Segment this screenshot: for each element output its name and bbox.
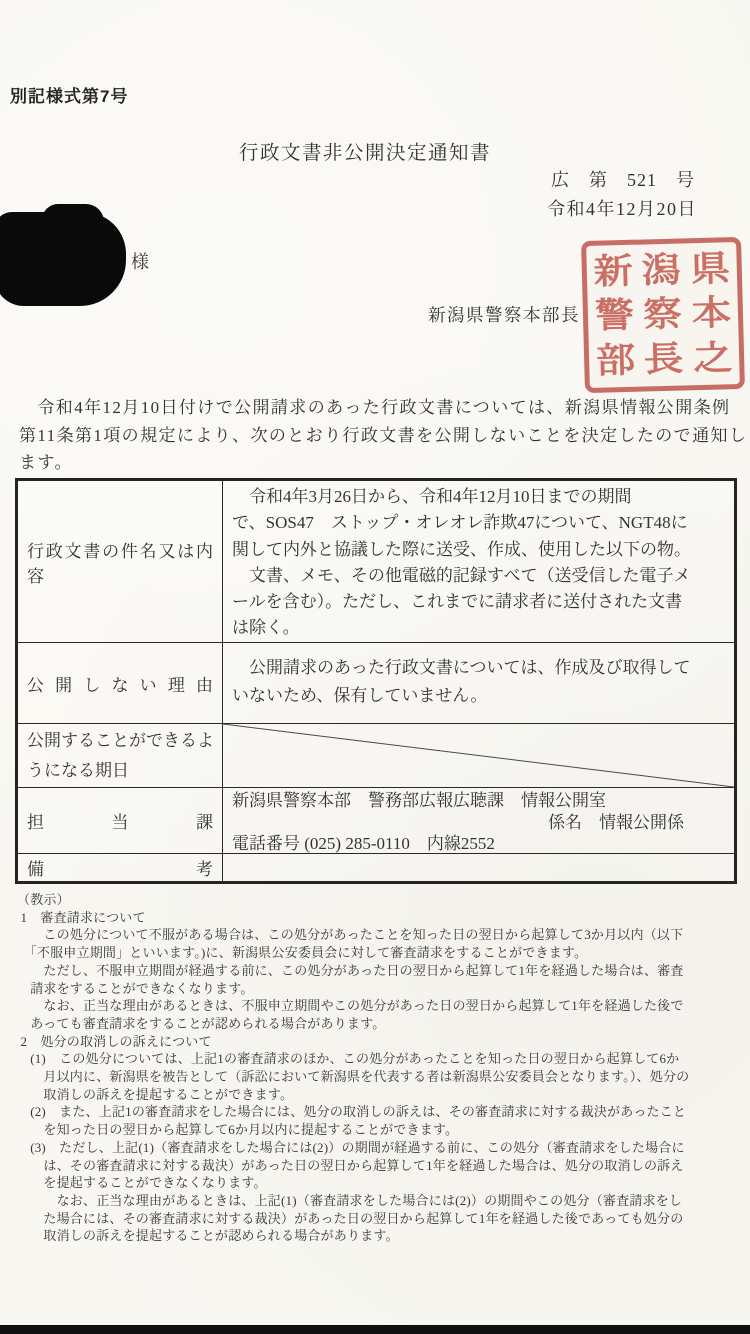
row-content-remarks: [223, 854, 734, 881]
section-name: 係名 情報公開係: [232, 812, 730, 834]
official-seal-stamp: 新 警 部 潟 察 長 県 本 之: [581, 237, 745, 393]
table-row-disclosure-date: 公開することができるよ うになる期日: [18, 723, 734, 787]
diagonal-strikethrough-line: [223, 724, 734, 787]
seal-column: 潟 察 長: [644, 248, 683, 383]
seal-char: 県: [690, 251, 730, 287]
seal-char: 長: [644, 342, 684, 378]
seal-char: 部: [595, 343, 635, 379]
appeal-instructions: （教示） 1 審査請求について この処分について不服がある場合は、この処分があっ…: [17, 891, 747, 1245]
intro-paragraph: 令和4年12月10日付けで公開請求のあった行政文書については、新潟県情報公開条例…: [19, 394, 735, 477]
document-page: 別記様式第7号 行政文書非公開決定通知書 広 第 521 号 令和4年12月20…: [0, 0, 750, 1334]
notice-table: 行政文書の件名又は内容 令和4年3月26日から、令和4年12月10日までの期間で…: [15, 478, 737, 884]
redaction-blob: [0, 212, 126, 306]
document-number: 広 第 521 号: [551, 166, 695, 192]
seal-column: 新 警 部: [595, 249, 634, 384]
department-name: 新潟県警察本部 警務部広報広聴課 情報公開室: [232, 790, 730, 812]
document-date: 令和4年12月20日: [547, 195, 697, 221]
bottom-scan-bar: [0, 1325, 750, 1334]
row-label-remarks: 備考: [18, 854, 223, 881]
seal-char: 之: [693, 340, 733, 376]
row-label-reason: 公開しない理由: [18, 643, 223, 723]
row-content-disclosure-date: [223, 724, 734, 787]
row-label-department: 担当課: [18, 788, 223, 853]
row-label-subject: 行政文書の件名又は内容: [18, 481, 223, 642]
seal-column: 県 本 之: [692, 246, 731, 381]
seal-char: 察: [643, 297, 683, 333]
phone-number: 電話番号 (025) 285-0110 内線2552: [232, 833, 730, 855]
addressee-honorific: 様: [131, 248, 149, 274]
row-label-disclosure-date: 公開することができるよ うになる期日: [18, 724, 223, 787]
seal-char: 本: [692, 296, 732, 332]
seal-char: 潟: [642, 252, 682, 288]
form-number: 別記様式第7号: [10, 82, 128, 107]
table-row-department: 担当課 新潟県警察本部 警務部広報広聴課 情報公開室 係名 情報公開係 電話番号…: [18, 787, 734, 853]
row-content-subject: 令和4年3月26日から、令和4年12月10日までの期間で、SOS47 ストップ・…: [223, 481, 734, 642]
table-row-reason: 公開しない理由 公開請求のあった行政文書については、作成及び取得していないため、…: [18, 642, 734, 723]
table-row-subject: 行政文書の件名又は内容 令和4年3月26日から、令和4年12月10日までの期間で…: [18, 481, 734, 642]
document-title: 行政文書非公開決定通知書: [0, 137, 730, 165]
sender-title: 新潟県警察本部長: [428, 302, 580, 327]
row-content-department: 新潟県警察本部 警務部広報広聴課 情報公開室 係名 情報公開係 電話番号 (02…: [223, 788, 734, 853]
seal-char: 新: [593, 254, 633, 290]
seal-char: 警: [594, 298, 634, 334]
row-content-reason: 公開請求のあった行政文書については、作成及び取得していないため、保有していません…: [223, 643, 734, 723]
table-row-remarks: 備考: [18, 853, 734, 881]
